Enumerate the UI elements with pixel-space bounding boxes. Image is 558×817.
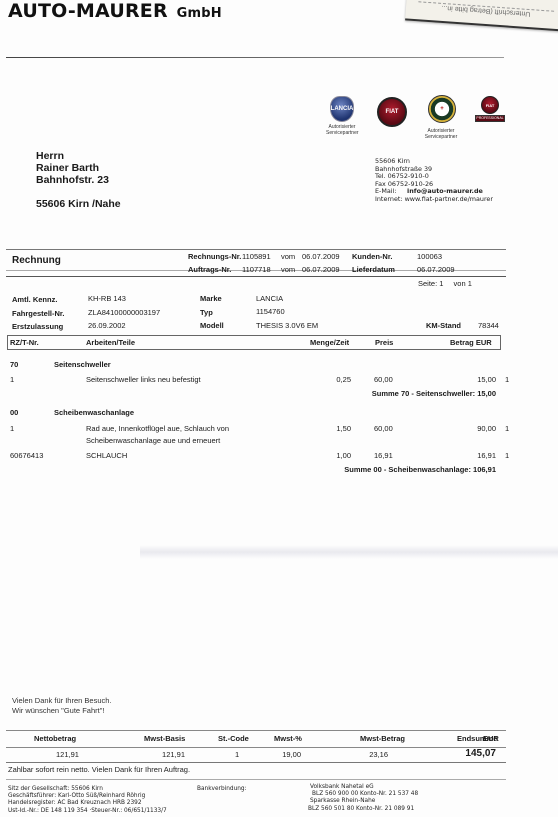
footer-ust-id: Ust-Id.-Nr.: DE 148 119 354 ·Steuer-Nr.:…: [8, 808, 167, 815]
modell-label: Modell: [200, 321, 224, 330]
rechnungs-vom-label: vom: [281, 252, 295, 261]
bank1-name: Volksbank Nahetal eG: [308, 784, 418, 791]
header-divider: [6, 57, 504, 58]
row-betrag: 16,91: [450, 451, 496, 460]
auftrags-datum: 06.07.2009: [302, 265, 340, 274]
row-menge: 0,25: [320, 375, 351, 384]
totals-col-st-code: St.-Code: [218, 734, 249, 743]
company-legal-info: Sitz der Gesellschaft: 55606 Kirn Geschä…: [8, 786, 167, 815]
kunden-nr-label: Kunden-Nr.: [352, 252, 392, 261]
von-label: von: [454, 279, 466, 288]
corner-note-text: Unterschrift (Betrag bitte in...: [418, 1, 554, 18]
col-betrag-eur: Betrag EUR: [450, 338, 492, 347]
bank1-details: BLZ 560 900 00 Konto-Nr. 21 537 48: [308, 791, 418, 798]
row-preis: 60,00: [374, 375, 393, 384]
footer-top-rule: [6, 779, 506, 780]
row-desc: Rad aue, Innenkotflügel aue, Schlauch vo…: [86, 424, 229, 433]
typ-label: Typ: [200, 308, 213, 317]
row-menge: 1,50: [320, 424, 351, 433]
erstzulassung-label: Erstzulassung: [12, 322, 63, 331]
company-name-text: AUTO-MAURER: [8, 0, 168, 22]
invoice-header-bottom-rule: [6, 276, 506, 277]
totals-mwst-basis: 121,91: [150, 750, 185, 759]
kunden-nr-value: 100063: [417, 252, 442, 261]
marke-label: Marke: [200, 294, 222, 303]
totals-col-mwst-betrag: Mwst-Betrag: [360, 734, 405, 743]
group-subtotal: Summe 00 - Scheibenwaschanlage: 106,91: [300, 465, 496, 474]
group-subtotal: Summe 70 - Seitenschweller: 15,00: [300, 389, 496, 398]
closing-message: Vielen Dank für Ihren Besuch. Wir wünsch…: [12, 696, 112, 716]
sender-website-link[interactable]: www.fiat-partner.de/maurer: [405, 195, 493, 203]
bank2-name: Sparkasse Rhein-Nahe: [308, 798, 418, 805]
fiat-professional-logo-icon: FIAT: [481, 96, 499, 114]
row-betrag: 90,00: [450, 424, 496, 433]
company-name: AUTO-MAURER GmbH: [8, 0, 222, 22]
group-title: Seitenschweller: [54, 360, 111, 369]
recipient-city: 55606 Kirn /Nahe: [36, 198, 121, 210]
totals-endsumme: 145,07: [452, 748, 496, 759]
footer-bank-label: Bankverbindung:: [197, 786, 247, 793]
row-code: 1: [505, 451, 509, 460]
lancia-logo-icon: LANCIA: [330, 96, 354, 122]
company-suffix: GmbH: [177, 6, 222, 21]
footer-handelsregister: Handelsregister: AC Bad Kreuznach HRB 23…: [8, 800, 167, 807]
totals-st-code: 1: [235, 750, 239, 759]
row-nr: 1: [10, 375, 14, 384]
km-stand-label: KM-Stand: [426, 321, 461, 330]
payment-terms: Zahlbar sofort rein netto. Vielen Dank f…: [8, 765, 190, 774]
col-preis: Preis: [375, 338, 393, 347]
recipient-salutation: Herrn: [36, 150, 121, 162]
fiat-logo-icon: FIAT: [377, 97, 407, 127]
modell-value: THESIS 3.0V6 EM: [256, 321, 318, 330]
totals-col-currency: EUR: [483, 734, 499, 743]
footer-geschaeftsfuehrer: Geschäftsführer: Karl-Otto Süß/Reinhard …: [8, 793, 167, 800]
kennz-label: Amtl. Kennz.: [12, 295, 57, 304]
lieferdatum-label: Lieferdatum: [352, 265, 395, 274]
totals-bottom-rule: [6, 762, 506, 763]
recipient-street: Bahnhofstr. 23: [36, 174, 121, 186]
row-preis: 60,00: [374, 424, 393, 433]
von-value: 1: [468, 279, 472, 288]
totals-header-rule: [6, 747, 506, 748]
totals-mwst-betrag: 23,16: [360, 750, 388, 759]
invoice-header-top-rule: [6, 249, 506, 250]
recipient-name: Rainer Barth: [36, 162, 121, 174]
row-code: 1: [505, 424, 509, 433]
row-desc: Seitenschweller links neu befestigt: [86, 375, 201, 384]
erstzulassung-value: 26.09.2002: [88, 321, 126, 330]
fahrgestell-label: Fahrgestell-Nr.: [12, 309, 65, 318]
page-indicator: Seite: 1 von 1: [418, 279, 472, 288]
row-desc: SCHLAUCH: [86, 451, 127, 460]
row-menge: 1,00: [320, 451, 351, 460]
totals-col-nettobetrag: Nettobetrag: [34, 734, 76, 743]
seite-value: 1: [439, 279, 443, 288]
fiat-professional-badge: PROFESSIONAL: [475, 115, 505, 122]
totals-col-mwst-prozent: Mwst-%: [274, 734, 302, 743]
internet-label: Internet:: [375, 195, 403, 203]
alfa-caption: AutorisierterServicepartner: [424, 128, 458, 140]
totals-nettobetrag: 121,91: [50, 750, 85, 759]
seite-label: Seite:: [418, 279, 437, 288]
bank-details: Volksbank Nahetal eG BLZ 560 900 00 Kont…: [308, 784, 418, 813]
col-arbeiten-teile: Arbeiten/Teile: [86, 338, 135, 347]
items-table-header: [7, 335, 501, 350]
auftrags-vom-label: vom: [281, 265, 295, 274]
alfa-romeo-logo-icon: +: [428, 95, 456, 123]
closing-line-1: Vielen Dank für Ihren Besuch.: [12, 696, 112, 706]
col-rz-nr: RZ/T-Nr.: [10, 338, 39, 347]
group-code: 00: [10, 408, 18, 417]
invoice-title: Rechnung: [12, 255, 61, 266]
row-nr: 60676413: [10, 451, 43, 460]
corner-note: Unterschrift (Betrag bitte in...: [405, 0, 558, 32]
row-code: 1: [505, 375, 509, 384]
kennz-value: KH-RB 143: [88, 294, 126, 303]
fahrgestell-value: ZLA84100000003197: [88, 308, 160, 317]
group-title: Scheibenwaschanlage: [54, 408, 134, 417]
closing-line-2: Wir wünschen "Gute Fahrt"!: [12, 706, 112, 716]
footer-sitz: Sitz der Gesellschaft: 55606 Kirn: [8, 786, 167, 793]
sender-address: 55606 Kirn Bahnhofstraße 39 Tel. 06752-9…: [375, 158, 493, 204]
auftrags-nr-value: 1107718: [242, 265, 271, 274]
row-desc-continued: Scheibenwaschanlage aue und erneuert: [86, 436, 220, 445]
recipient-address: Herrn Rainer Barth Bahnhofstr. 23 55606 …: [36, 150, 121, 210]
row-preis: 16,91: [374, 451, 393, 460]
rechnungs-nr-value: 1105891: [242, 252, 271, 261]
col-menge-zeit: Menge/Zeit: [310, 338, 349, 347]
row-betrag: 15,00: [450, 375, 496, 384]
auftrags-nr-label: Auftrags-Nr.: [188, 265, 231, 274]
group-code: 70: [10, 360, 18, 369]
typ-value: 1154760: [256, 307, 285, 316]
totals-top-rule: [6, 730, 506, 731]
rechnungs-nr-label: Rechnungs-Nr.: [188, 252, 241, 261]
scan-artifact: [140, 545, 558, 559]
lancia-caption: AutorisierterServicepartner: [326, 124, 358, 136]
marke-value: LANCIA: [256, 294, 283, 303]
row-nr: 1: [10, 424, 14, 433]
lieferdatum-value: 06.07.2009: [417, 265, 455, 274]
rechnungs-datum: 06.07.2009: [302, 252, 340, 261]
km-stand-value: 78344: [478, 321, 499, 330]
totals-mwst-prozent: 19,00: [270, 750, 301, 759]
bank2-details: BLZ 560 501 80 Konto-Nr. 21 089 91: [308, 806, 418, 813]
totals-col-mwst-basis: Mwst-Basis: [144, 734, 185, 743]
